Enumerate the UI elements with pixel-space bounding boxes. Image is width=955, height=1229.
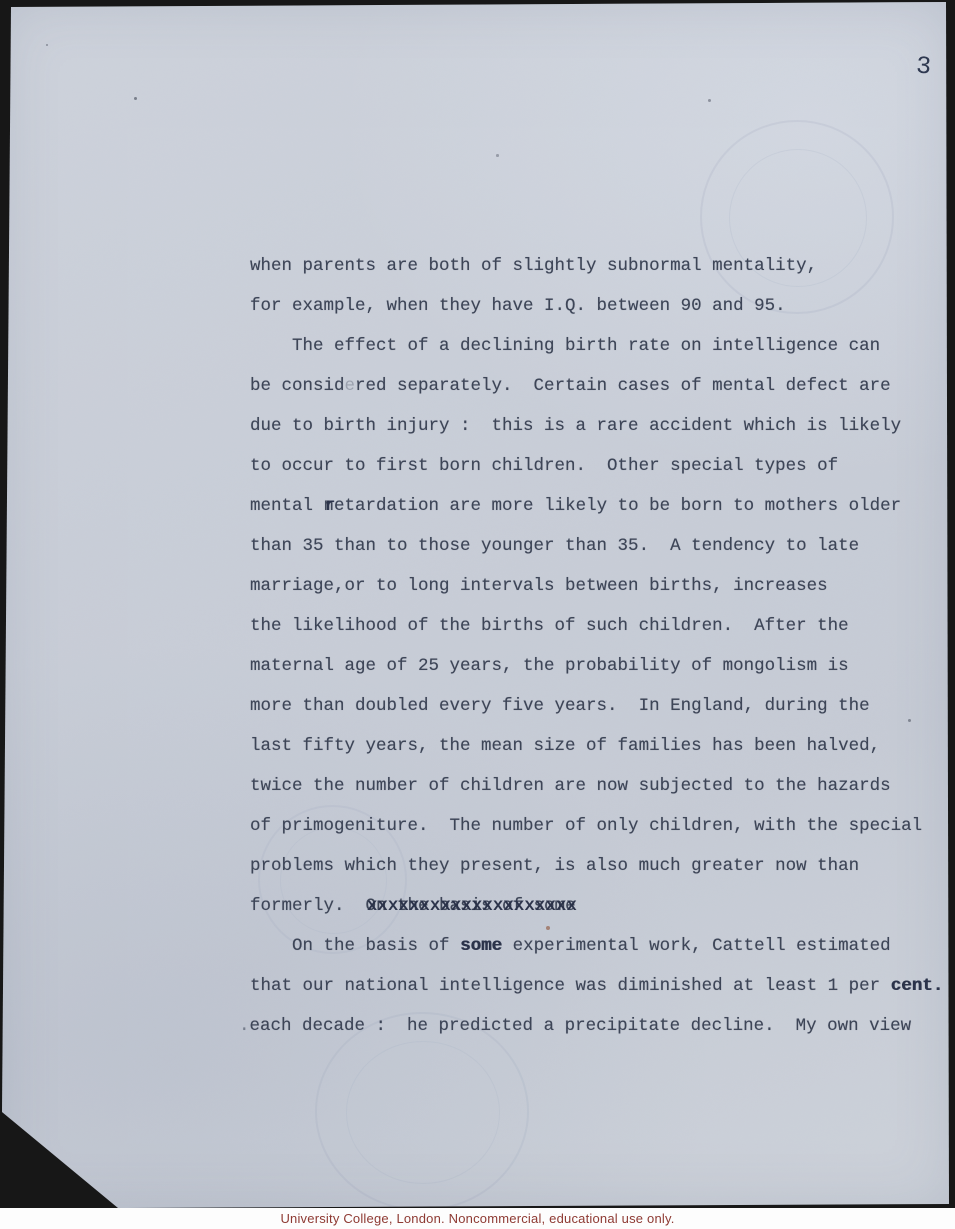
text-segment: each decade : he predicted a precipitate… xyxy=(250,1016,912,1036)
text-segment: for example, when they have I.Q. between… xyxy=(250,296,786,316)
paper-sheet: 3 when parents are both of slightly subn… xyxy=(0,0,955,1212)
footer-text: University College, London. Noncommercia… xyxy=(280,1211,674,1226)
text-segment: of primogeniture. The number of only chi… xyxy=(250,816,922,836)
text-segment: mental xyxy=(250,496,324,516)
typescript-line: for example, when they have I.Q. between… xyxy=(250,286,950,326)
text-segment: some xyxy=(460,936,502,956)
footer-strip: University College, London. Noncommercia… xyxy=(0,1208,955,1229)
typescript-line: be considered separately. Certain cases … xyxy=(250,366,950,406)
typescript-line: problems which they present, is also muc… xyxy=(250,846,950,886)
text-segment: that our national intelligence was dimin… xyxy=(250,976,891,996)
text-segment: formerly. xyxy=(250,896,366,916)
typescript-line: On the basis of some experimental work, … xyxy=(250,926,950,966)
overstrike-overlay: xxxxxxxxxxxxxxxxxxxx xyxy=(367,886,577,926)
text-segment: twice the number of children are now sub… xyxy=(250,776,891,796)
typescript-line: when parents are both of slightly subnor… xyxy=(250,246,950,286)
text-segment: the likelihood of the births of such chi… xyxy=(250,616,849,636)
text-segment: maternal age of 25 years, the probabilit… xyxy=(250,656,849,676)
text-segment: cent. xyxy=(891,976,944,996)
paper-speck xyxy=(46,44,48,46)
page-number: 3 xyxy=(915,52,932,82)
text-segment: marriage,or to long intervals between bi… xyxy=(250,576,828,596)
typescript-line: mental nretardation are more likely to b… xyxy=(250,486,950,526)
typescript-line: than 35 than to those younger than 35. A… xyxy=(250,526,950,566)
overstrike-overlay: r xyxy=(325,486,336,526)
typescript-line: maternal age of 25 years, the probabilit… xyxy=(250,646,950,686)
overstruck-text: On the basis of somexxxxxxxxxxxxxxxxxxxx xyxy=(366,886,576,926)
typescript-line: last fifty years, the mean size of famil… xyxy=(250,726,950,766)
text-segment: due to birth injury : this is a rare acc… xyxy=(250,416,901,436)
typescript-line: that our national intelligence was dimin… xyxy=(250,966,950,1006)
typescript-line: The effect of a declining birth rate on … xyxy=(250,326,950,366)
text-segment: e xyxy=(345,376,356,396)
text-segment: be consid xyxy=(250,376,345,396)
text-segment: On the basis of xyxy=(250,936,460,956)
typescript-line: due to birth injury : this is a rare acc… xyxy=(250,406,950,446)
typescript-line: of primogeniture. The number of only chi… xyxy=(250,806,950,846)
scanned-document-view: 3 when parents are both of slightly subn… xyxy=(0,0,955,1229)
text-segment: etardation are more likely to be born to… xyxy=(334,496,901,516)
typescript-line: more than doubled every five years. In E… xyxy=(250,686,950,726)
text-segment: experimental work, Cattell estimated xyxy=(502,936,891,956)
overstruck-text: nr xyxy=(324,486,335,526)
text-segment: more than doubled every five years. In E… xyxy=(250,696,870,716)
text-segment: last fifty years, the mean size of famil… xyxy=(250,736,880,756)
typescript-line: twice the number of children are now sub… xyxy=(250,766,950,806)
paper-speck xyxy=(496,154,499,157)
typescript-line: formerly. On the basis of somexxxxxxxxxx… xyxy=(250,886,950,926)
paper-speck xyxy=(134,97,137,100)
paper-speck xyxy=(708,99,711,102)
typescript-line: to occur to first born children. Other s… xyxy=(250,446,950,486)
text-segment: than 35 than to those younger than 35. A… xyxy=(250,536,859,556)
text-segment: to occur to first born children. Other s… xyxy=(250,456,838,476)
text-segment: The effect of a declining birth rate on … xyxy=(250,336,880,356)
typescript-line: marriage,or to long intervals between bi… xyxy=(250,566,950,606)
text-segment: red separately. Certain cases of mental … xyxy=(355,376,891,396)
text-segment: . xyxy=(239,1016,250,1036)
text-segment: when parents are both of slightly subnor… xyxy=(250,256,817,276)
typescript-line: .each decade : he predicted a precipitat… xyxy=(250,1006,950,1046)
text-segment: problems which they present, is also muc… xyxy=(250,856,859,876)
typescript-line: the likelihood of the births of such chi… xyxy=(250,606,950,646)
typescript-lines: when parents are both of slightly subnor… xyxy=(250,246,950,1046)
